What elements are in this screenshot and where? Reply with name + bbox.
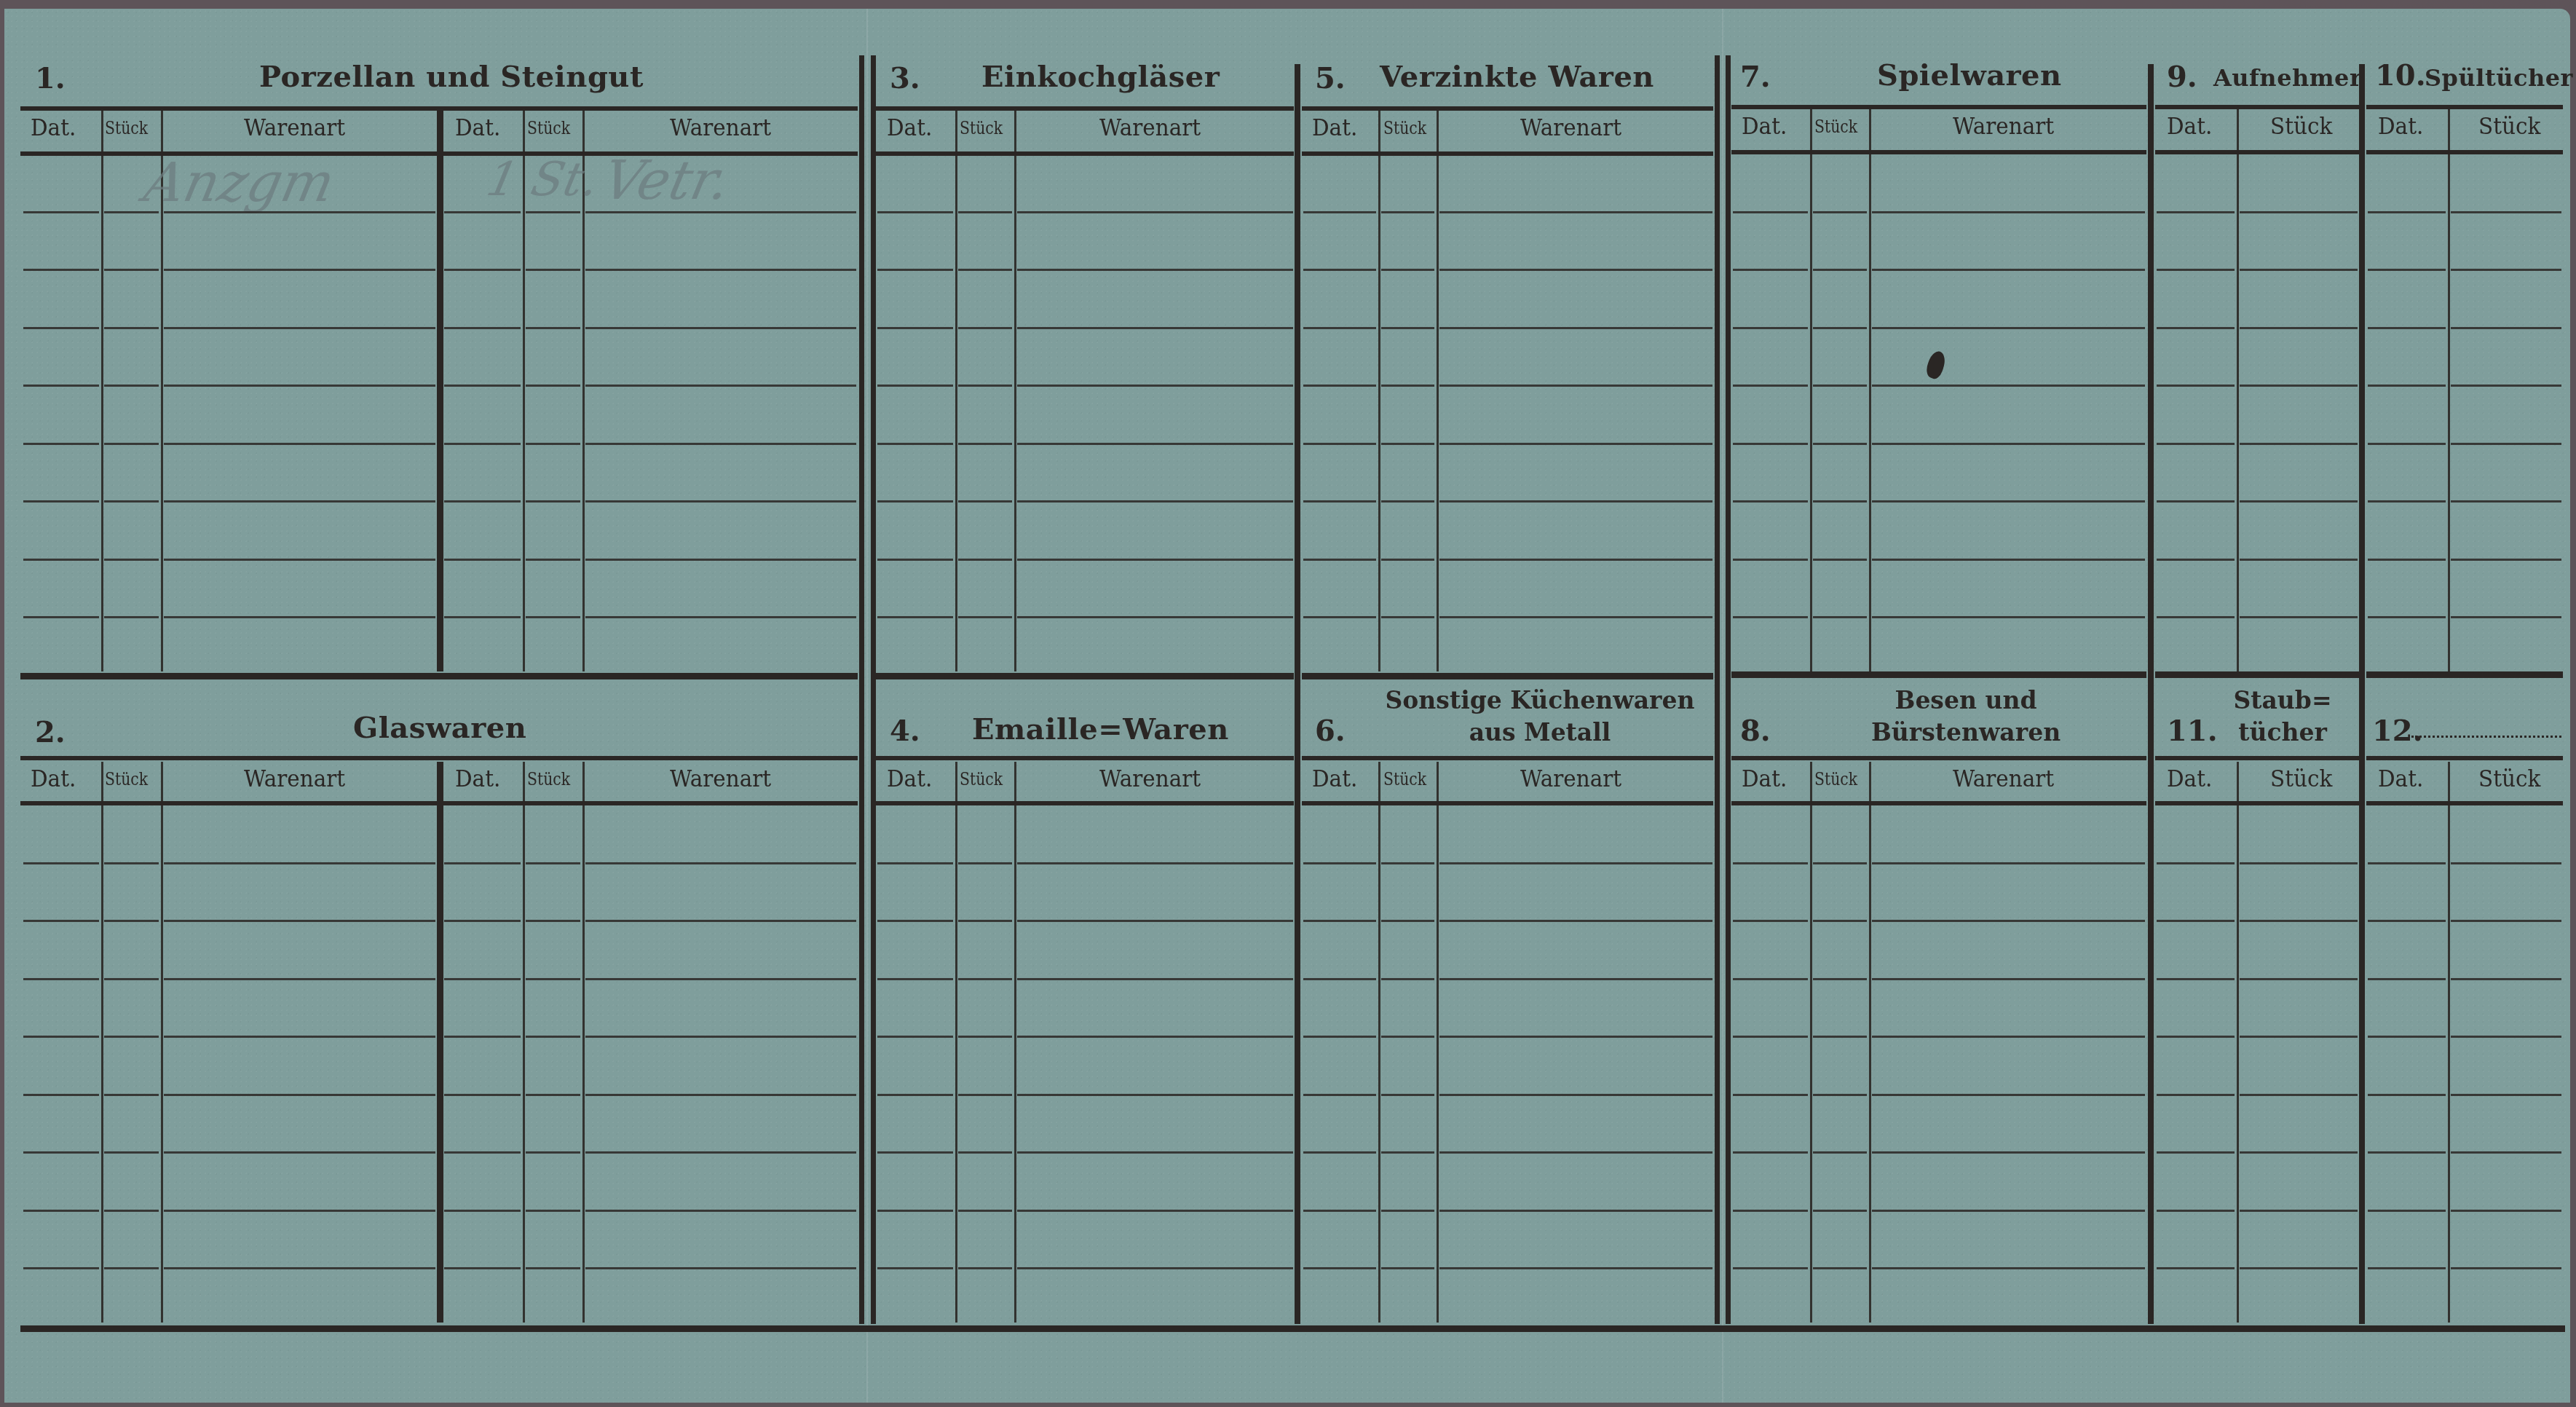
entry-row-line bbox=[958, 327, 1012, 329]
entry-row-line bbox=[2240, 1036, 2358, 1038]
entry-row-line bbox=[2368, 1151, 2446, 1154]
section-separator bbox=[2366, 671, 2563, 678]
entry-row-line bbox=[164, 1151, 435, 1154]
entry-row-line bbox=[585, 443, 856, 445]
header-top-rule bbox=[2366, 756, 2563, 760]
header-top-rule bbox=[1302, 756, 1713, 760]
entry-row-line bbox=[444, 1151, 521, 1154]
entry-row-line bbox=[1017, 978, 1293, 980]
entry-row-line bbox=[2240, 616, 2358, 618]
entry-row-line bbox=[2157, 616, 2235, 618]
section-number: 2. bbox=[35, 715, 66, 749]
entry-row-line bbox=[877, 385, 953, 387]
panel-divider-2b bbox=[1726, 55, 1731, 1324]
entry-row-line bbox=[1872, 616, 2145, 618]
entry-row-line bbox=[2157, 211, 2235, 213]
entry-row-line bbox=[2451, 211, 2561, 213]
entry-row-line bbox=[164, 978, 435, 980]
entry-row-line bbox=[585, 862, 856, 864]
entry-row-line bbox=[1813, 616, 1867, 618]
col-rule bbox=[1437, 111, 1439, 671]
entry-row-line bbox=[2240, 500, 2358, 502]
entry-row-line bbox=[1872, 327, 2145, 329]
col-header-piece: Stück bbox=[1814, 117, 1857, 137]
fold-crease-2 bbox=[1722, 9, 1723, 1403]
entry-row-line bbox=[526, 1094, 580, 1096]
col-header-piece: Stück bbox=[527, 769, 570, 789]
entry-row-line bbox=[23, 1267, 99, 1269]
entry-row-line bbox=[1872, 920, 2145, 922]
entry-row-line bbox=[1872, 1210, 2145, 1212]
entry-row-line bbox=[2240, 269, 2358, 271]
header-bottom-rule bbox=[2155, 150, 2359, 154]
header-bottom-rule bbox=[1731, 801, 2146, 805]
col-header-goods: Warenart bbox=[1520, 114, 1621, 141]
entry-row-line bbox=[164, 1094, 435, 1096]
header-top-rule bbox=[875, 756, 1294, 760]
entry-row-line bbox=[1303, 385, 1376, 387]
entry-row-line bbox=[23, 862, 99, 864]
entry-row-line bbox=[104, 1267, 159, 1269]
entry-row-line bbox=[444, 978, 521, 980]
entry-row-line bbox=[2157, 1151, 2235, 1154]
entry-row-line bbox=[1813, 978, 1867, 980]
header-top-rule bbox=[1302, 106, 1713, 111]
entry-row-line bbox=[1439, 269, 1712, 271]
entry-row-line bbox=[585, 269, 856, 271]
entry-row-line bbox=[1872, 211, 2145, 213]
entry-row-line bbox=[2368, 385, 2446, 387]
entry-row-line bbox=[23, 500, 99, 502]
entry-row-line bbox=[877, 1210, 953, 1212]
section-number: 6. bbox=[1315, 714, 1346, 748]
col-header-piece: Stück bbox=[2270, 112, 2332, 140]
entry-row-line bbox=[2157, 1210, 2235, 1212]
col-header-goods: Warenart bbox=[670, 114, 771, 141]
entry-row-line bbox=[1813, 1267, 1867, 1269]
entry-row-line bbox=[1303, 616, 1376, 618]
entry-row-line bbox=[2451, 500, 2561, 502]
bottom-rule bbox=[20, 1325, 2565, 1332]
entry-row-line bbox=[444, 616, 521, 618]
entry-row-line bbox=[1381, 1151, 1434, 1154]
entry-row-line bbox=[585, 1151, 856, 1154]
entry-row-line bbox=[164, 269, 435, 271]
entry-row-line bbox=[164, 211, 435, 213]
entry-row-line bbox=[1381, 211, 1434, 213]
col-header-goods: Warenart bbox=[1099, 114, 1201, 141]
fold-crease-1 bbox=[866, 9, 868, 1403]
entry-row-line bbox=[1872, 1036, 2145, 1038]
entry-row-line bbox=[104, 1151, 159, 1154]
entry-row-line bbox=[2368, 327, 2446, 329]
col-header-piece: Stück bbox=[527, 118, 570, 138]
entry-row-line bbox=[2157, 385, 2235, 387]
entry-row-line bbox=[444, 385, 521, 387]
entry-row-line bbox=[958, 862, 1012, 864]
entry-row-line bbox=[2240, 1151, 2358, 1154]
col-rule bbox=[1437, 762, 1439, 1323]
entry-row-line bbox=[958, 1094, 1012, 1096]
section-number: 11. bbox=[2167, 714, 2218, 748]
entry-row-line bbox=[444, 1036, 521, 1038]
entry-row-line bbox=[1733, 559, 1808, 561]
entry-row-line bbox=[1303, 559, 1376, 561]
entry-row-line bbox=[104, 1094, 159, 1096]
entry-row-line bbox=[958, 559, 1012, 561]
entry-row-line bbox=[2451, 1267, 2561, 1269]
entry-row-line bbox=[2368, 862, 2446, 864]
entry-row-line bbox=[1303, 862, 1376, 864]
entry-row-line bbox=[1303, 269, 1376, 271]
entry-row-line bbox=[1813, 385, 1867, 387]
section-number: 1. bbox=[35, 61, 66, 95]
entry-row-line bbox=[2157, 862, 2235, 864]
section-title: Einkochgläser bbox=[981, 60, 1220, 94]
entry-row-line bbox=[2451, 978, 2561, 980]
entry-row-line bbox=[2451, 559, 2561, 561]
entry-row-line bbox=[958, 920, 1012, 922]
section-number: 5. bbox=[1315, 61, 1346, 95]
entry-row-line bbox=[1733, 269, 1808, 271]
entry-row-line bbox=[877, 616, 953, 618]
entry-row-line bbox=[444, 1210, 521, 1212]
entry-row-line bbox=[23, 1210, 99, 1212]
section-title: Porzellan und Steingut bbox=[259, 60, 644, 94]
col-header-date: Dat. bbox=[1742, 112, 1787, 140]
entry-row-line bbox=[1303, 1151, 1376, 1154]
entry-row-line bbox=[1872, 862, 2145, 864]
entry-row-line bbox=[2368, 978, 2446, 980]
entry-row-line bbox=[1303, 443, 1376, 445]
header-bottom-rule bbox=[2366, 801, 2563, 805]
entry-row-line bbox=[1813, 1036, 1867, 1038]
header-top-rule bbox=[1731, 105, 2146, 109]
subtable-divider bbox=[437, 111, 443, 671]
header-bottom-rule bbox=[875, 801, 1294, 805]
section-number: 8. bbox=[1740, 714, 1771, 748]
col-rule bbox=[582, 762, 585, 1323]
entry-row-line bbox=[958, 1210, 1012, 1212]
entry-row-line bbox=[877, 1151, 953, 1154]
entry-row-line bbox=[1439, 920, 1712, 922]
entry-row-line bbox=[1017, 211, 1293, 213]
entry-row-line bbox=[1733, 1151, 1808, 1154]
entry-row-line bbox=[1813, 443, 1867, 445]
section-title-line2: tücher bbox=[2228, 717, 2337, 749]
entry-row-line bbox=[585, 978, 856, 980]
entry-row-line bbox=[526, 1267, 580, 1269]
ration-card-paper bbox=[4, 9, 2570, 1403]
entry-row-line bbox=[1303, 920, 1376, 922]
entry-row-line bbox=[2240, 1094, 2358, 1096]
entry-row-line bbox=[526, 443, 580, 445]
entry-row-line bbox=[164, 559, 435, 561]
entry-row-line bbox=[2240, 385, 2358, 387]
entry-row-line bbox=[1872, 269, 2145, 271]
entry-row-line bbox=[585, 1094, 856, 1096]
entry-row-line bbox=[1813, 862, 1867, 864]
col-rule bbox=[955, 762, 957, 1323]
entry-row-line bbox=[2451, 443, 2561, 445]
entry-row-line bbox=[2240, 978, 2358, 980]
entry-row-line bbox=[585, 500, 856, 502]
header-bottom-rule bbox=[1302, 151, 1713, 156]
entry-row-line bbox=[1439, 211, 1712, 213]
col-header-piece: Stück bbox=[105, 769, 148, 789]
section-title: Emaille=Waren bbox=[972, 712, 1229, 746]
entry-row-line bbox=[2368, 1267, 2446, 1269]
section-title: Sonstige Küchenwaren aus Metall bbox=[1369, 685, 1711, 749]
col-header-goods: Warenart bbox=[1520, 765, 1621, 792]
entry-row-line bbox=[1439, 1094, 1712, 1096]
entry-row-line bbox=[444, 1094, 521, 1096]
section-separator bbox=[875, 673, 1294, 679]
entry-row-line bbox=[2368, 500, 2446, 502]
entry-row-line bbox=[526, 1036, 580, 1038]
entry-row-line bbox=[1303, 1094, 1376, 1096]
entry-row-line bbox=[23, 327, 99, 329]
entry-row-line bbox=[958, 978, 1012, 980]
header-bottom-rule bbox=[1302, 801, 1713, 805]
section-number: 10. bbox=[2375, 58, 2426, 92]
entry-row-line bbox=[526, 269, 580, 271]
col-header-piece: Stück bbox=[1814, 769, 1857, 789]
entry-row-line bbox=[1303, 1210, 1376, 1212]
col-rule bbox=[2448, 109, 2450, 671]
entry-row-line bbox=[1813, 211, 1867, 213]
section-title: Staub= tücher bbox=[2228, 685, 2337, 749]
entry-row-line bbox=[958, 443, 1012, 445]
entry-row-line bbox=[1733, 1036, 1808, 1038]
entry-row-line bbox=[104, 978, 159, 980]
entry-row-line bbox=[1017, 559, 1293, 561]
entry-row-line bbox=[2451, 269, 2561, 271]
entry-row-line bbox=[877, 559, 953, 561]
entry-row-line bbox=[958, 1036, 1012, 1038]
section-title-line2: aus Metall bbox=[1369, 717, 1711, 749]
entry-row-line bbox=[1439, 559, 1712, 561]
entry-row-line bbox=[526, 385, 580, 387]
entry-row-line bbox=[526, 500, 580, 502]
entry-row-line bbox=[526, 920, 580, 922]
section-title: Verzinkte Waren bbox=[1380, 60, 1654, 94]
entry-row-line bbox=[2451, 1210, 2561, 1212]
entry-row-line bbox=[2157, 559, 2235, 561]
entry-row-line bbox=[1813, 559, 1867, 561]
section-title: Glaswaren bbox=[353, 711, 526, 745]
entry-row-line bbox=[1439, 1036, 1712, 1038]
col-header-piece: Stück bbox=[1383, 769, 1426, 789]
entry-row-line bbox=[585, 1036, 856, 1038]
entry-row-line bbox=[1733, 443, 1808, 445]
entry-row-line bbox=[104, 559, 159, 561]
entry-row-line bbox=[164, 1036, 435, 1038]
entry-row-line bbox=[1303, 1036, 1376, 1038]
section-title: Aufnehmer bbox=[2213, 64, 2362, 92]
entry-row-line bbox=[585, 327, 856, 329]
entry-row-line bbox=[1872, 1151, 2145, 1154]
entry-row-line bbox=[1381, 862, 1434, 864]
entry-row-line bbox=[1381, 443, 1434, 445]
entry-row-line bbox=[2157, 1267, 2235, 1269]
entry-row-line bbox=[1439, 862, 1712, 864]
header-bottom-rule bbox=[2155, 801, 2359, 805]
entry-row-line bbox=[1733, 1267, 1808, 1269]
entry-row-line bbox=[526, 211, 580, 213]
entry-row-line bbox=[444, 269, 521, 271]
entry-row-line bbox=[444, 211, 521, 213]
col-rule bbox=[1869, 109, 1871, 671]
blank-title-line[interactable] bbox=[2411, 736, 2561, 738]
entry-row-line bbox=[1381, 1094, 1434, 1096]
entry-row-line bbox=[23, 269, 99, 271]
handwritten-entry: Anzgm bbox=[139, 151, 340, 214]
col-header-goods: Warenart bbox=[244, 765, 345, 792]
entry-row-line bbox=[1017, 327, 1293, 329]
entry-row-line bbox=[958, 500, 1012, 502]
entry-row-line bbox=[2240, 559, 2358, 561]
entry-row-line bbox=[1733, 616, 1808, 618]
entry-row-line bbox=[1303, 500, 1376, 502]
panel-divider-2a bbox=[1715, 55, 1720, 1324]
entry-row-line bbox=[444, 559, 521, 561]
entry-row-line bbox=[1813, 500, 1867, 502]
entry-row-line bbox=[2368, 1094, 2446, 1096]
col-header-date: Dat. bbox=[887, 114, 932, 141]
entry-row-line bbox=[444, 1267, 521, 1269]
entry-row-line bbox=[958, 211, 1012, 213]
entry-row-line bbox=[526, 978, 580, 980]
entry-row-line bbox=[1303, 1267, 1376, 1269]
entry-row-line bbox=[23, 616, 99, 618]
entry-row-line bbox=[2240, 920, 2358, 922]
section-title: Besen und Bürstenwaren bbox=[1791, 685, 2141, 749]
entry-row-line bbox=[877, 443, 953, 445]
entry-row-line bbox=[23, 920, 99, 922]
entry-row-line bbox=[585, 385, 856, 387]
entry-row-line bbox=[23, 559, 99, 561]
entry-row-line bbox=[1813, 1210, 1867, 1212]
header-top-rule bbox=[2366, 105, 2563, 109]
handwritten-entry: Vetr. bbox=[598, 149, 735, 212]
entry-row-line bbox=[2157, 920, 2235, 922]
entry-row-line bbox=[104, 1210, 159, 1212]
entry-row-line bbox=[1439, 1267, 1712, 1269]
col-rule bbox=[2237, 762, 2239, 1323]
entry-row-line bbox=[2451, 920, 2561, 922]
col-rule bbox=[1869, 762, 1871, 1323]
entry-row-line bbox=[2368, 920, 2446, 922]
entry-row-line bbox=[104, 500, 159, 502]
entry-row-line bbox=[1439, 500, 1712, 502]
entry-row-line bbox=[1872, 500, 2145, 502]
col-rule bbox=[1810, 762, 1812, 1323]
section-separator bbox=[2155, 671, 2359, 678]
section-separator bbox=[1731, 671, 2146, 678]
entry-row-line bbox=[23, 443, 99, 445]
header-top-rule bbox=[2155, 756, 2359, 760]
entry-row-line bbox=[164, 920, 435, 922]
section-number: 3. bbox=[890, 61, 920, 95]
col-header-piece: Stück bbox=[105, 118, 148, 138]
entry-row-line bbox=[1733, 862, 1808, 864]
section-title-line1: Sonstige Küchenwaren bbox=[1369, 685, 1711, 717]
entry-row-line bbox=[23, 1094, 99, 1096]
entry-row-line bbox=[526, 327, 580, 329]
section-separator bbox=[20, 673, 858, 679]
entry-row-line bbox=[1017, 500, 1293, 502]
col-rule bbox=[2448, 762, 2450, 1323]
entry-row-line bbox=[585, 211, 856, 213]
entry-row-line bbox=[1017, 269, 1293, 271]
entry-row-line bbox=[1813, 327, 1867, 329]
col-rule bbox=[2237, 109, 2239, 671]
entry-row-line bbox=[164, 1210, 435, 1212]
col-header-goods: Warenart bbox=[244, 114, 345, 141]
entry-row-line bbox=[2451, 327, 2561, 329]
entry-row-line bbox=[2451, 1151, 2561, 1154]
entry-row-line bbox=[1733, 1094, 1808, 1096]
entry-row-line bbox=[958, 1151, 1012, 1154]
handwritten-entry: 1 St. bbox=[482, 153, 604, 207]
entry-row-line bbox=[1872, 1267, 2145, 1269]
entry-row-line bbox=[1381, 1036, 1434, 1038]
entry-row-line bbox=[2368, 1036, 2446, 1038]
entry-row-line bbox=[23, 978, 99, 980]
entry-row-line bbox=[2157, 1094, 2235, 1096]
entry-row-line bbox=[526, 559, 580, 561]
entry-row-line bbox=[2157, 500, 2235, 502]
entry-row-line bbox=[444, 327, 521, 329]
entry-row-line bbox=[1872, 385, 2145, 387]
entry-row-line bbox=[958, 616, 1012, 618]
entry-row-line bbox=[526, 1151, 580, 1154]
section-title-line2: Bürstenwaren bbox=[1791, 717, 2141, 749]
entry-row-line bbox=[2368, 559, 2446, 561]
entry-row-line bbox=[104, 269, 159, 271]
col-header-date: Dat. bbox=[2378, 112, 2423, 140]
col-header-piece: Stück bbox=[2478, 765, 2540, 792]
entry-row-line bbox=[2157, 327, 2235, 329]
col-rule bbox=[1810, 109, 1812, 671]
col-rule bbox=[955, 111, 957, 671]
section-number: 4. bbox=[890, 714, 920, 748]
entry-row-line bbox=[526, 862, 580, 864]
subtable-divider bbox=[437, 762, 443, 1323]
entry-row-line bbox=[104, 327, 159, 329]
entry-row-line bbox=[104, 920, 159, 922]
col-rule bbox=[1014, 762, 1016, 1323]
entry-row-line bbox=[1813, 920, 1867, 922]
entry-row-line bbox=[1381, 1210, 1434, 1212]
entry-row-line bbox=[23, 1151, 99, 1154]
col-header-date: Dat. bbox=[887, 765, 932, 792]
col-header-date: Dat. bbox=[455, 114, 500, 141]
entry-row-line bbox=[877, 1036, 953, 1038]
entry-row-line bbox=[958, 269, 1012, 271]
entry-row-line bbox=[2157, 978, 2235, 980]
section-number: 12. bbox=[2372, 714, 2423, 748]
entry-row-line bbox=[2451, 1094, 2561, 1096]
col-header-piece: Stück bbox=[960, 118, 1003, 138]
entry-row-line bbox=[1439, 1210, 1712, 1212]
col-header-goods: Warenart bbox=[670, 765, 771, 792]
col-header-date: Dat. bbox=[2167, 112, 2212, 140]
col-header-date: Dat. bbox=[1742, 765, 1787, 792]
entry-row-line bbox=[585, 559, 856, 561]
col-header-goods: Warenart bbox=[1953, 765, 2054, 792]
